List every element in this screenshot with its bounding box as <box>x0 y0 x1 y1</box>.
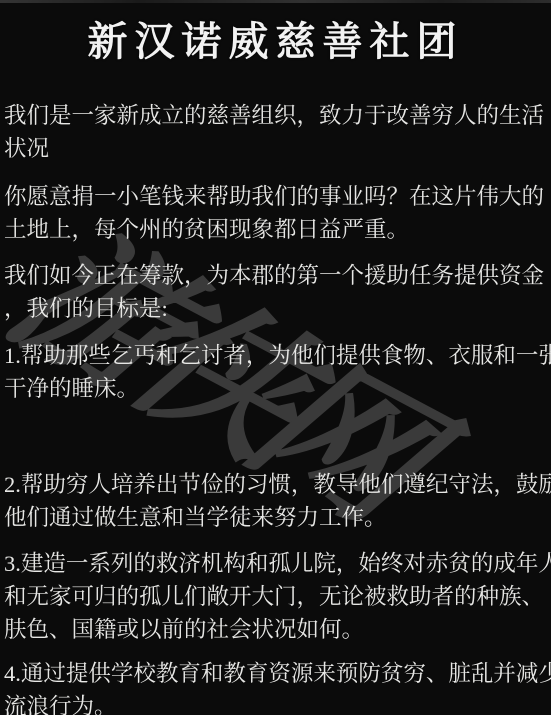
pamphlet-page: 游侠网 新汉诺威慈善社团 我们是一家新成立的慈善组织，致力于改善穷人的生活 状况… <box>0 0 551 715</box>
paragraph-goal-1: 1.帮助那些乞丐和乞讨者，为他们提供食物、衣服和一张 干净的睡床。 <box>4 339 549 405</box>
paragraph-intro: 我们是一家新成立的慈善组织，致力于改善穷人的生活 状况 <box>4 99 549 165</box>
text-line: 3.建造一系列的救济机构和孤儿院，始终对赤贫的成年人 <box>4 547 549 580</box>
text-line: 他们通过做生意和当学徒来努力工作。 <box>4 501 549 534</box>
text-line: 1.帮助那些乞丐和乞讨者，为他们提供食物、衣服和一张 <box>4 339 549 372</box>
text-line: 我们如今正在筹款，为本郡的第一个援助任务提供资金 <box>4 259 549 292</box>
text-line: 你愿意捐一小笔钱来帮助我们的事业吗？在这片伟大的 <box>4 180 549 213</box>
paragraph-goal-3: 3.建造一系列的救济机构和孤儿院，始终对赤贫的成年人 和无家可归的孤儿们敞开大门… <box>4 547 549 646</box>
text-line: 流浪行为。 <box>4 690 549 715</box>
text-line: 我们是一家新成立的慈善组织，致力于改善穷人的生活 <box>4 99 549 132</box>
text-line: 2.帮助穷人培养出节俭的习惯，教导他们遵纪守法，鼓励 <box>4 468 549 501</box>
page-title: 新汉诺威慈善社团 <box>0 10 551 67</box>
text-line: 干净的睡床。 <box>4 372 549 405</box>
text-line: 状况 <box>4 132 549 165</box>
text-line: ，我们的目标是: <box>4 292 549 325</box>
paragraph-appeal: 你愿意捐一小笔钱来帮助我们的事业吗？在这片伟大的 土地上，每个州的贫困现象都日益… <box>4 180 549 246</box>
text-line: 肤色、国籍或以前的社会状况如何。 <box>4 613 549 646</box>
paragraph-fundraising: 我们如今正在筹款，为本郡的第一个援助任务提供资金 ，我们的目标是: <box>4 259 549 325</box>
top-edge-highlight <box>0 0 551 3</box>
paragraph-goal-2: 2.帮助穷人培养出节俭的习惯，教导他们遵纪守法，鼓励 他们通过做生意和当学徒来努… <box>4 468 549 534</box>
paragraph-goal-4: 4.通过提供学校教育和教育资源来预防贫穷、脏乱并减少 流浪行为。 <box>4 657 549 715</box>
text-line: 4.通过提供学校教育和教育资源来预防贫穷、脏乱并减少 <box>4 657 549 690</box>
text-line: 土地上，每个州的贫困现象都日益严重。 <box>4 213 549 246</box>
text-line: 和无家可归的孤儿们敞开大门，无论被救助者的种族、 <box>4 580 549 613</box>
